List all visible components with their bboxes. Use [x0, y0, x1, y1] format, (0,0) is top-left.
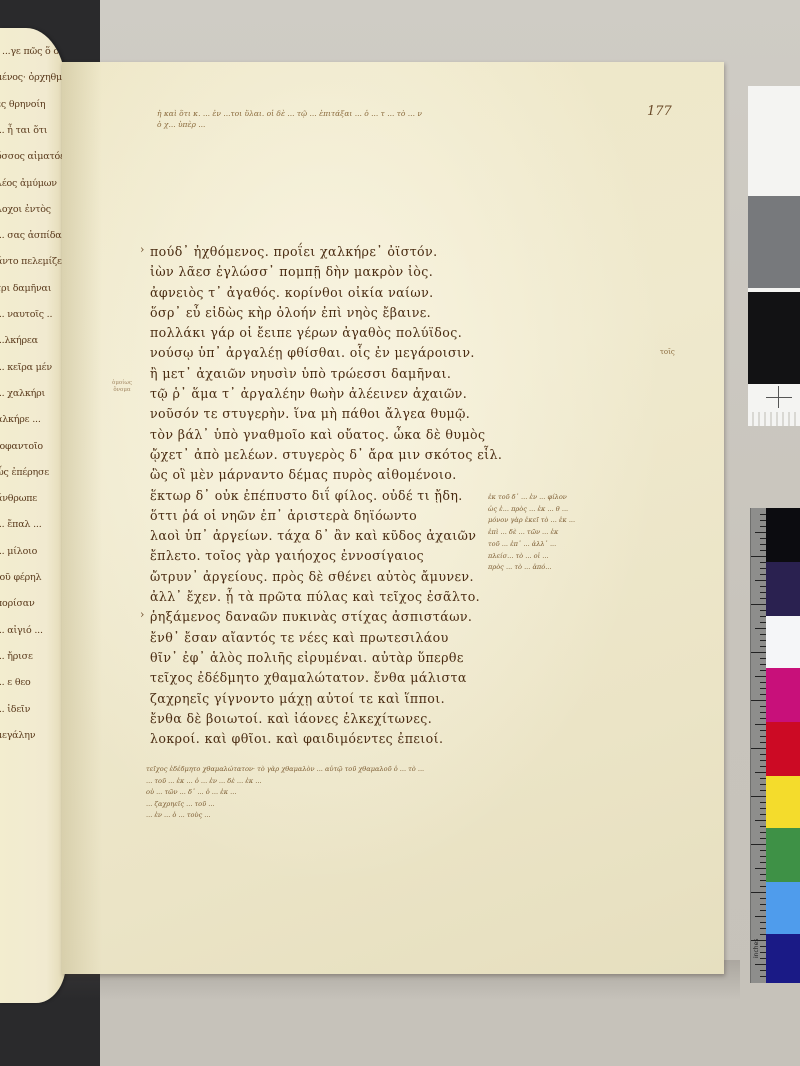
text-line: ἢ μετ᾽ ἀχαιῶν νηυσὶν ὑπὸ τρώεσσι δαμῆναι…: [150, 364, 550, 384]
text-line: θῖν᾽ ἐφ᾽ ἁλὸς πολιῆς εἰρυμέναι. αὐτὰρ ὕπ…: [150, 648, 550, 668]
facing-text-line: τρι δαμῆναι: [0, 283, 51, 294]
ruler-label: inches: [753, 939, 760, 958]
facing-text-line: ... ἰδεῖν: [0, 704, 30, 715]
gray-patch-white: [748, 86, 800, 196]
grayscale-target: [748, 86, 800, 426]
color-patch-light-blue: [766, 882, 800, 934]
facing-text-line: λέος ἀμύμων: [0, 178, 57, 189]
text-line: νοῦσόν τε στυγερὴν. ἵνα μὴ πάθοι ἄλγεα θ…: [150, 404, 550, 424]
scholion-line: ... ἐν ... ὁ ... τοὺς ...: [146, 810, 706, 822]
text-line: ᾤχετ᾽ ἀπὸ μελέων. στυγερὸς δ᾽ ἄρα μιν σκ…: [150, 445, 550, 465]
facing-text-line: ὅσσος αἰματόεν: [0, 151, 66, 162]
facing-text-line: ... κεῖρα μέν: [0, 362, 52, 373]
text-line: ἔνθα δὲ βοιωτοί. καὶ ἰάονες ἑλκεχίτωνες.: [150, 709, 550, 729]
left-margin-gloss: ὁμοίως ὄνομα: [102, 380, 142, 394]
facing-text-line: ... ἦ ται ὅτι: [0, 125, 47, 136]
facing-text-line: λοχοι ἐντὸς: [0, 204, 51, 215]
text-line: ἀφνειὸς τ᾽ ἀγαθός. κορίνθοι οἰκία ναίων.: [150, 283, 550, 303]
text-line: ἀλλ᾽ ἔχεν. ᾗ τὰ πρῶτα πύλας καὶ τεῖχος ἐ…: [150, 587, 550, 607]
facing-text-line: ...λκήρεα: [0, 335, 38, 346]
scholion-line: τοῦ ... ἐπ᾽ ... ἀλλ᾽ ...: [488, 539, 688, 551]
facing-text-line: μεγάλην: [0, 730, 35, 741]
gray-patch-mid-gray: [748, 196, 800, 288]
text-line: ῥηξάμενος δαναῶν πυκινὰς στίχας ἀσπιστάω…: [150, 607, 550, 627]
scholion-line: οὐ ... τῶν ... δ᾽ ... ὁ ... ἐκ ...: [146, 787, 706, 799]
color-patch-red: [766, 722, 800, 776]
color-patch-white: [766, 616, 800, 668]
text-line: τῷ ῥ᾽ ἅμα τ᾽ ἀργαλέην θωὴν ἀλέεινεν ἀχαι…: [150, 384, 550, 404]
facing-text-line: ... ἔπαλ ...: [0, 519, 42, 530]
facing-text-line: ἄντο πελεμίζετ: [0, 256, 66, 267]
facing-text-line: ... χαλκήρι: [0, 388, 45, 399]
text-line: πούδ᾽ ἠχθόμενος. προΐει χαλκήρε᾽ ὀϊστόν.: [150, 242, 550, 262]
facing-text-line: ιοῦ φέρηλ: [0, 572, 41, 583]
facing-text-line: ιοφαντοῖο: [0, 441, 43, 452]
facing-text-line: μένος· ὀρχηθμο: [0, 72, 66, 83]
scholion-line: ὡς ἐ... πρὸς ... ἐκ ... θ ...: [488, 504, 688, 516]
text-line: πολλάκι γάρ οἱ ἔειπε γέρων ἀγαθὸς πολύϊδ…: [150, 323, 550, 343]
line-marker-icon: ›: [140, 608, 144, 621]
crosshair-icon: [778, 386, 779, 408]
scholion-line: τεῖχος ἐδέδμητο χθαμαλώτατον· τὸ γὰρ χθα…: [146, 764, 706, 776]
facing-text-line: ἄνθρωπε: [0, 493, 37, 504]
text-line: ἔνθ᾽ ἔσαν αἴαντός τε νέες καὶ πρωτεσιλάο…: [150, 628, 550, 648]
bottom-scholion: τεῖχος ἐδέδμητο χθαμαλώτατον· τὸ γὰρ χθα…: [146, 764, 706, 822]
color-patch-green: [766, 828, 800, 882]
text-line: ὅσρ᾽ εὖ εἰδὼς κὴρ ὀλοήν ἐπὶ νηὸς ἔβαινε.: [150, 303, 550, 323]
facing-text-line: ... αἰγιό ...: [0, 625, 43, 636]
right-margin-gloss: τοῖς: [660, 348, 675, 356]
text-line: ὣς οἳ μὲν μάρναντο δέμας πυρὸς αἰθομένοι…: [150, 465, 550, 485]
scholion-line: μόνον γὰρ ἐκεῖ τὸ ... ἐκ ...: [488, 515, 688, 527]
scholion-line: ἠ καὶ ὅτι κ. ... ἐν ...τοι ὕλαι. οἱ δὲ .…: [157, 108, 687, 119]
color-patch-dark-blue: [766, 934, 800, 983]
facing-text-line: πορίσαν: [0, 598, 35, 609]
text-line: νούσῳ ὑπ᾽ ἀργαλέῃ φθίσθαι. οἷς ἐν μεγάρο…: [150, 343, 550, 363]
line-marker-icon: ›: [140, 243, 144, 256]
text-line: τὸν βάλ᾽ ὑπὸ γναθμοῖο καὶ οὔατος. ὦκα δὲ…: [150, 425, 550, 445]
facing-text-line: αλκήρε ...: [0, 414, 41, 425]
scholion-line: ... τοῦ ... ἐκ ... ὁ ... ἐν ... δὲ ... ἐ…: [146, 776, 706, 788]
facing-text-line: ... σας ἀσπίδα: [0, 230, 62, 241]
facing-text-line: ... ναυτοῖς ..: [0, 309, 52, 320]
top-scholion: ἠ καὶ ὅτι κ. ... ἐν ...τοι ὕλαι. οἱ δὲ .…: [157, 108, 687, 130]
text-line: ἰὼν λᾶεσ ἐγλώσσ᾽ πομπῇ δὴν μακρὸν ἰὸς.: [150, 262, 550, 282]
facing-text-line: ὧς ἐπέρησε: [0, 467, 49, 478]
color-patch-yellow: [766, 776, 800, 828]
facing-page: ...γε πῶς ὅ ὁ ... μένος· ὀρχηθμοἐς θρηνο…: [0, 28, 66, 1003]
color-patch-magenta: [766, 668, 800, 722]
text-line: τεῖχος ἐδέδμητο χθαμαλώτατον. ἔνθα μάλισ…: [150, 668, 550, 688]
color-patch-dark-violet: [766, 562, 800, 616]
color-calibration-target: [766, 508, 800, 983]
text-line: ζαχρηεῖς γίγνοντο μάχῃ αὐτοί τε καὶ ἵππο…: [150, 689, 550, 709]
scholion-line: ἐπὶ ... δὲ ... τῶν ... ἐκ: [488, 527, 688, 539]
manuscript-folio: 177 ἠ καὶ ὅτι κ. ... ἐν ...τοι ὕλαι. οἱ …: [62, 62, 724, 974]
right-scholion: ἐκ τοῦ δ᾽ ... ἐν ... φίλονὡς ἐ... πρὸς .…: [488, 492, 688, 574]
facing-text-line: ἐς θρηνοίη: [0, 99, 45, 110]
scholion-line: ὁ χ... ὑπὲρ ...: [157, 119, 687, 130]
crosshair-icon: [766, 397, 792, 398]
torn-edge: [748, 412, 800, 426]
color-patch-black: [766, 508, 800, 562]
scholion-line: πρὸς ... τὸ ... ἀπό...: [488, 562, 688, 574]
facing-text-line: ... ἤρισε: [0, 651, 33, 662]
gray-patch-white-base: [748, 384, 800, 412]
text-line: λοκροί. καὶ φθῖοι. καὶ φαιδιμόεντες ἐπει…: [150, 729, 550, 749]
facing-text-line: ... ε θεο: [0, 677, 31, 688]
facing-text-line: ...γε πῶς ὅ ὁ ...: [2, 46, 66, 57]
scholion-line: πλείσ... τὸ ... οἱ ...: [488, 551, 688, 563]
facing-text-line: ... μίλοιο: [0, 546, 37, 557]
scholion-line: ... ζαχρηεῖς ... τοῦ ...: [146, 799, 706, 811]
gray-patch-black: [748, 292, 800, 384]
scholion-line: ἐκ τοῦ δ᾽ ... ἐν ... φίλον: [488, 492, 688, 504]
